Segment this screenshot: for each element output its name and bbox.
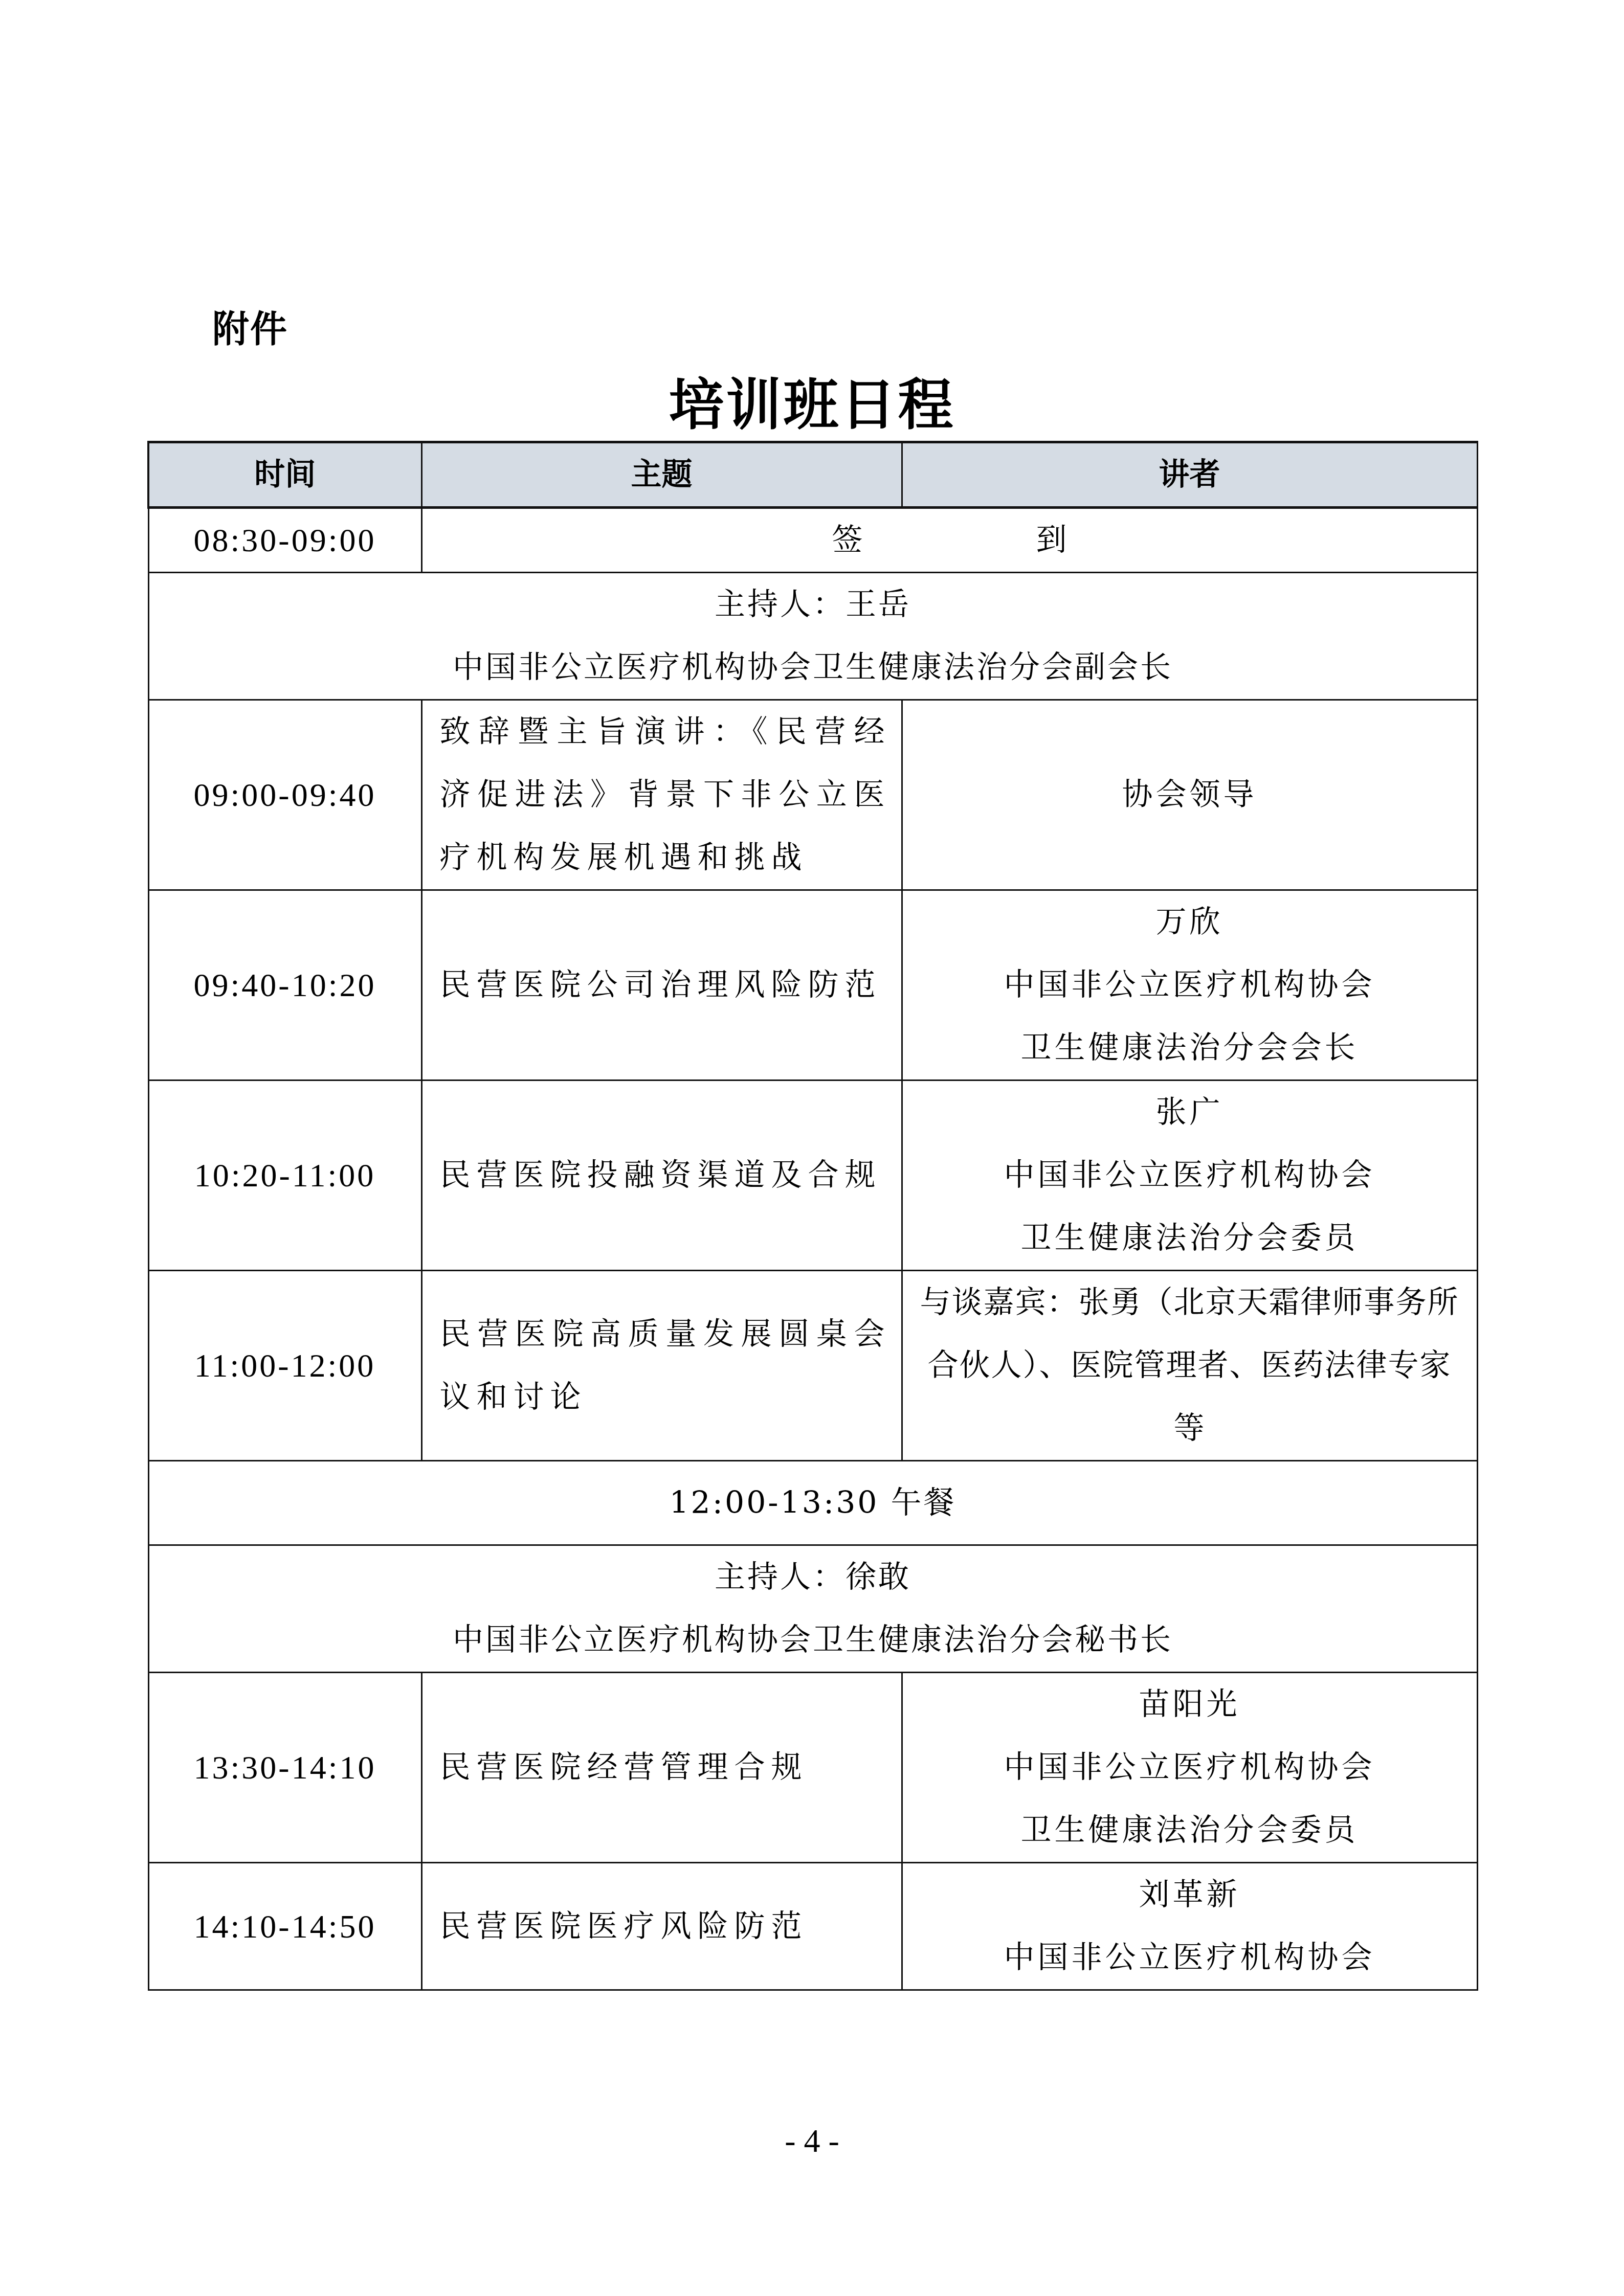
table-row: 09:00-09:40 致辞暨主旨演讲：《民营经济促进法》背景下非公立医疗机构发…: [148, 700, 1477, 890]
speaker-cell: 万欣 中国非公立医疗机构协会 卫生健康法治分会会长: [902, 890, 1477, 1081]
header-time: 时间: [148, 442, 421, 508]
time-cell: 09:00-09:40: [148, 700, 421, 890]
host-title: 中国非公立医疗机构协会卫生健康法治分会秘书长: [165, 1609, 1461, 1672]
host-cell: 主持人：徐敢 中国非公立医疗机构协会卫生健康法治分会秘书长: [148, 1545, 1477, 1673]
host-row: 主持人：王岳 中国非公立医疗机构协会卫生健康法治分会副会长: [148, 573, 1477, 700]
page-title: 培训班日程: [0, 372, 1624, 439]
speaker-cell: 与谈嘉宾：张勇（北京天霜律师事务所合伙人）、医院管理者、医药法律专家等: [902, 1271, 1477, 1461]
table-row: 13:30-14:10 民营医院经营管理合规 苗阳光 中国非公立医疗机构协会 卫…: [148, 1673, 1477, 1863]
topic-cell: 民营医院医疗风险防范: [421, 1863, 902, 1990]
table-row: 09:40-10:20 民营医院公司治理风险防范 万欣 中国非公立医疗机构协会 …: [148, 890, 1477, 1081]
table-header-row: 时间 主题 讲者: [148, 442, 1477, 508]
time-cell: 13:30-14:10: [148, 1673, 421, 1863]
host-name: 主持人：徐敢: [165, 1546, 1461, 1609]
topic-cell: 民营医院投融资渠道及合规: [421, 1081, 902, 1271]
speaker-org: 中国非公立医疗机构协会: [918, 954, 1461, 1017]
speaker-org: 中国非公立医疗机构协会: [918, 1926, 1461, 1989]
time-cell: 14:10-14:50: [148, 1863, 421, 1990]
header-speaker: 讲者: [902, 442, 1477, 508]
signin-cell: 签 到: [421, 508, 1477, 573]
speaker-role: 卫生健康法治分会委员: [918, 1799, 1461, 1862]
speaker-role: 卫生健康法治分会委员: [918, 1207, 1461, 1270]
topic-cell: 民营医院高质量发展圆桌会议和讨论: [421, 1271, 902, 1461]
time-cell: 09:40-10:20: [148, 890, 421, 1081]
host-cell: 主持人：王岳 中国非公立医疗机构协会卫生健康法治分会副会长: [148, 573, 1477, 700]
speaker-cell: 苗阳光 中国非公立医疗机构协会 卫生健康法治分会委员: [902, 1673, 1477, 1863]
attachment-label: 附件: [212, 299, 288, 352]
speaker-name: 协会领导: [918, 763, 1461, 826]
topic-cell: 民营医院公司治理风险防范: [421, 890, 902, 1081]
break-row: 12:00-13:30 午餐: [148, 1461, 1477, 1545]
topic-cell: 致辞暨主旨演讲：《民营经济促进法》背景下非公立医疗机构发展机遇和挑战: [421, 700, 902, 890]
page-number: - 4 -: [0, 2122, 1624, 2160]
host-row: 主持人：徐敢 中国非公立医疗机构协会卫生健康法治分会秘书长: [148, 1545, 1477, 1673]
header-topic: 主题: [421, 442, 902, 508]
time-cell: 10:20-11:00: [148, 1081, 421, 1271]
table-row: 14:10-14:50 民营医院医疗风险防范 刘革新 中国非公立医疗机构协会: [148, 1863, 1477, 1990]
time-cell: 11:00-12:00: [148, 1271, 421, 1461]
speaker-org: 中国非公立医疗机构协会: [918, 1144, 1461, 1207]
table-row: 08:30-09:00 签 到: [148, 508, 1477, 573]
schedule-table: 时间 主题 讲者 08:30-09:00 签 到 主持人：王岳 中国非公立医疗机…: [147, 441, 1478, 1991]
speaker-name: 刘革新: [918, 1863, 1461, 1926]
signin-text: 签 到: [750, 522, 1148, 558]
host-name: 主持人：王岳: [165, 573, 1461, 636]
speaker-cell: 张广 中国非公立医疗机构协会 卫生健康法治分会委员: [902, 1081, 1477, 1271]
speaker-org: 中国非公立医疗机构协会: [918, 1736, 1461, 1799]
speaker-cell: 刘革新 中国非公立医疗机构协会: [902, 1863, 1477, 1990]
table-row: 11:00-12:00 民营医院高质量发展圆桌会议和讨论 与谈嘉宾：张勇（北京天…: [148, 1271, 1477, 1461]
table-row: 10:20-11:00 民营医院投融资渠道及合规 张广 中国非公立医疗机构协会 …: [148, 1081, 1477, 1271]
speaker-cell: 协会领导: [902, 700, 1477, 890]
lunch-cell: 12:00-13:30 午餐: [148, 1461, 1477, 1545]
host-title: 中国非公立医疗机构协会卫生健康法治分会副会长: [165, 636, 1461, 699]
speaker-name: 张广: [918, 1081, 1461, 1144]
speaker-name: 万欣: [918, 891, 1461, 954]
speaker-name: 苗阳光: [918, 1673, 1461, 1736]
topic-cell: 民营医院经营管理合规: [421, 1673, 902, 1863]
speaker-role: 卫生健康法治分会会长: [918, 1017, 1461, 1079]
time-cell: 08:30-09:00: [148, 508, 421, 573]
